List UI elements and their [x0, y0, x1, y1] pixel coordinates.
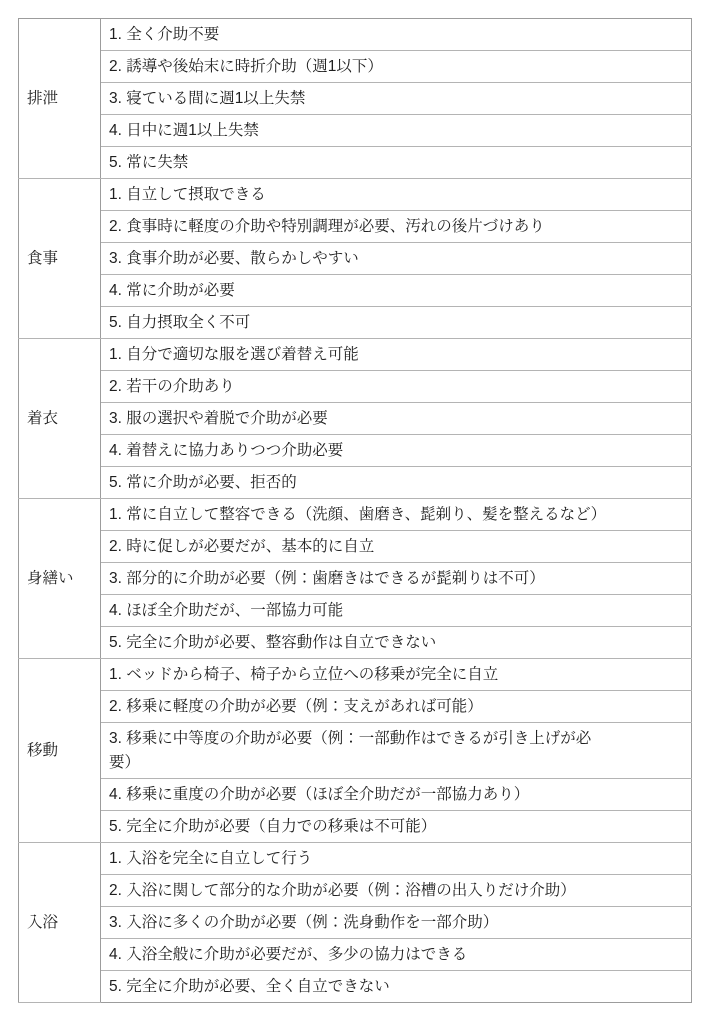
item-cell: 3. 服の選択や着脱で介助が必要 — [101, 403, 692, 435]
item-cell: 2. 若干の介助あり — [101, 371, 692, 403]
table-section-dressing: 着衣 1. 自分で適切な服を選び着替え可能 2. 若干の介助あり 3. 服の選択… — [19, 339, 692, 499]
item-cell: 5. 常に介助が必要、拒否的 — [101, 467, 692, 499]
item-cell: 3. 入浴に多くの介助が必要（例：洗身動作を一部介助） — [101, 907, 692, 939]
item-cell: 2. 時に促しが必要だが、基本的に自立 — [101, 531, 692, 563]
item-cell: 3. 寝ている間に週1以上失禁 — [101, 83, 692, 115]
table-row: 移動 1. ベッドから椅子、椅子から立位への移乗が完全に自立 — [19, 659, 692, 691]
item-cell: 4. ほぼ全介助だが、一部協力可能 — [101, 595, 692, 627]
table-row: 身繕い 1. 常に自立して整容できる（洗顔、歯磨き、髭剃り、髪を整えるなど） — [19, 499, 692, 531]
item-cell: 4. 着替えに協力ありつつ介助必要 — [101, 435, 692, 467]
table-row: 4. 日中に週1以上失禁 — [19, 115, 692, 147]
item-cell: 2. 食事時に軽度の介助や特別調理が必要、汚れの後片づけあり — [101, 211, 692, 243]
item-cell: 5. 完全に介助が必要、整容動作は自立できない — [101, 627, 692, 659]
table-row: 4. 常に介助が必要 — [19, 275, 692, 307]
table-row: 5. 常に失禁 — [19, 147, 692, 179]
item-cell: 1. 全く介助不要 — [101, 19, 692, 51]
table-row: 2. 移乗に軽度の介助が必要（例：支えがあれば可能） — [19, 691, 692, 723]
item-cell: 5. 常に失禁 — [101, 147, 692, 179]
table-row: 5. 完全に介助が必要（自力での移乗は不可能） — [19, 811, 692, 843]
item-cell: 1. 入浴を完全に自立して行う — [101, 843, 692, 875]
item-cell: 4. 常に介助が必要 — [101, 275, 692, 307]
item-cell: 4. 日中に週1以上失禁 — [101, 115, 692, 147]
table-row: 2. 時に促しが必要だが、基本的に自立 — [19, 531, 692, 563]
item-cell: 3. 移乗に中等度の介助が必要（例：一部動作はできるが引き上げが必 要） — [101, 723, 692, 779]
item-cell: 1. 自分で適切な服を選び着替え可能 — [101, 339, 692, 371]
table-row: 2. 入浴に関して部分的な介助が必要（例：浴槽の出入りだけ介助） — [19, 875, 692, 907]
item-cell: 1. ベッドから椅子、椅子から立位への移乗が完全に自立 — [101, 659, 692, 691]
table-row: 3. 服の選択や着脱で介助が必要 — [19, 403, 692, 435]
item-cell: 5. 自力摂取全く不可 — [101, 307, 692, 339]
table-row: 2. 若干の介助あり — [19, 371, 692, 403]
table-row: 5. 自力摂取全く不可 — [19, 307, 692, 339]
item-cell: 3. 食事介助が必要、散らかしやすい — [101, 243, 692, 275]
table-section-grooming: 身繕い 1. 常に自立して整容できる（洗顔、歯磨き、髭剃り、髪を整えるなど） 2… — [19, 499, 692, 659]
table-row: 5. 完全に介助が必要、整容動作は自立できない — [19, 627, 692, 659]
table-row: 3. 移乗に中等度の介助が必要（例：一部動作はできるが引き上げが必 要） — [19, 723, 692, 779]
table-section-meal: 食事 1. 自立して摂取できる 2. 食事時に軽度の介助や特別調理が必要、汚れの… — [19, 179, 692, 339]
category-cell: 着衣 — [19, 339, 101, 499]
table-row: 3. 部分的に介助が必要（例：歯磨きはできるが髭剃りは不可） — [19, 563, 692, 595]
table-row: 4. 着替えに協力ありつつ介助必要 — [19, 435, 692, 467]
category-cell: 排泄 — [19, 19, 101, 179]
table-row: 4. 入浴全般に介助が必要だが、多少の協力はできる — [19, 939, 692, 971]
category-cell: 食事 — [19, 179, 101, 339]
item-cell: 4. 移乗に重度の介助が必要（ほぼ全介助だが一部協力あり） — [101, 779, 692, 811]
table-row: 排泄 1. 全く介助不要 — [19, 19, 692, 51]
table-row: 入浴 1. 入浴を完全に自立して行う — [19, 843, 692, 875]
item-cell: 2. 入浴に関して部分的な介助が必要（例：浴槽の出入りだけ介助） — [101, 875, 692, 907]
page: 排泄 1. 全く介助不要 2. 誘導や後始末に時折介助（週1以下） 3. 寝てい… — [0, 0, 711, 1024]
table-section-excretion: 排泄 1. 全く介助不要 2. 誘導や後始末に時折介助（週1以下） 3. 寝てい… — [19, 19, 692, 179]
item-cell: 5. 完全に介助が必要、全く自立できない — [101, 971, 692, 1003]
table-section-bathing: 入浴 1. 入浴を完全に自立して行う 2. 入浴に関して部分的な介助が必要（例：… — [19, 843, 692, 1003]
table-row: 2. 誘導や後始末に時折介助（週1以下） — [19, 51, 692, 83]
table-row: 3. 寝ている間に週1以上失禁 — [19, 83, 692, 115]
table-row: 4. ほぼ全介助だが、一部協力可能 — [19, 595, 692, 627]
category-cell: 入浴 — [19, 843, 101, 1003]
table-row: 3. 食事介助が必要、散らかしやすい — [19, 243, 692, 275]
table-section-transfer: 移動 1. ベッドから椅子、椅子から立位への移乗が完全に自立 2. 移乗に軽度の… — [19, 659, 692, 843]
table-row: 食事 1. 自立して摂取できる — [19, 179, 692, 211]
item-cell: 5. 完全に介助が必要（自力での移乗は不可能） — [101, 811, 692, 843]
item-cell: 1. 常に自立して整容できる（洗顔、歯磨き、髭剃り、髪を整えるなど） — [101, 499, 692, 531]
table-row: 5. 常に介助が必要、拒否的 — [19, 467, 692, 499]
item-cell: 4. 入浴全般に介助が必要だが、多少の協力はできる — [101, 939, 692, 971]
adl-rating-table: 排泄 1. 全く介助不要 2. 誘導や後始末に時折介助（週1以下） 3. 寝てい… — [18, 18, 692, 1003]
category-cell: 身繕い — [19, 499, 101, 659]
table-row: 着衣 1. 自分で適切な服を選び着替え可能 — [19, 339, 692, 371]
category-cell: 移動 — [19, 659, 101, 843]
item-cell: 1. 自立して摂取できる — [101, 179, 692, 211]
table-row: 2. 食事時に軽度の介助や特別調理が必要、汚れの後片づけあり — [19, 211, 692, 243]
item-cell: 2. 誘導や後始末に時折介助（週1以下） — [101, 51, 692, 83]
item-cell: 3. 部分的に介助が必要（例：歯磨きはできるが髭剃りは不可） — [101, 563, 692, 595]
table-row: 4. 移乗に重度の介助が必要（ほぼ全介助だが一部協力あり） — [19, 779, 692, 811]
item-cell: 2. 移乗に軽度の介助が必要（例：支えがあれば可能） — [101, 691, 692, 723]
table-row: 3. 入浴に多くの介助が必要（例：洗身動作を一部介助） — [19, 907, 692, 939]
table-row: 5. 完全に介助が必要、全く自立できない — [19, 971, 692, 1003]
